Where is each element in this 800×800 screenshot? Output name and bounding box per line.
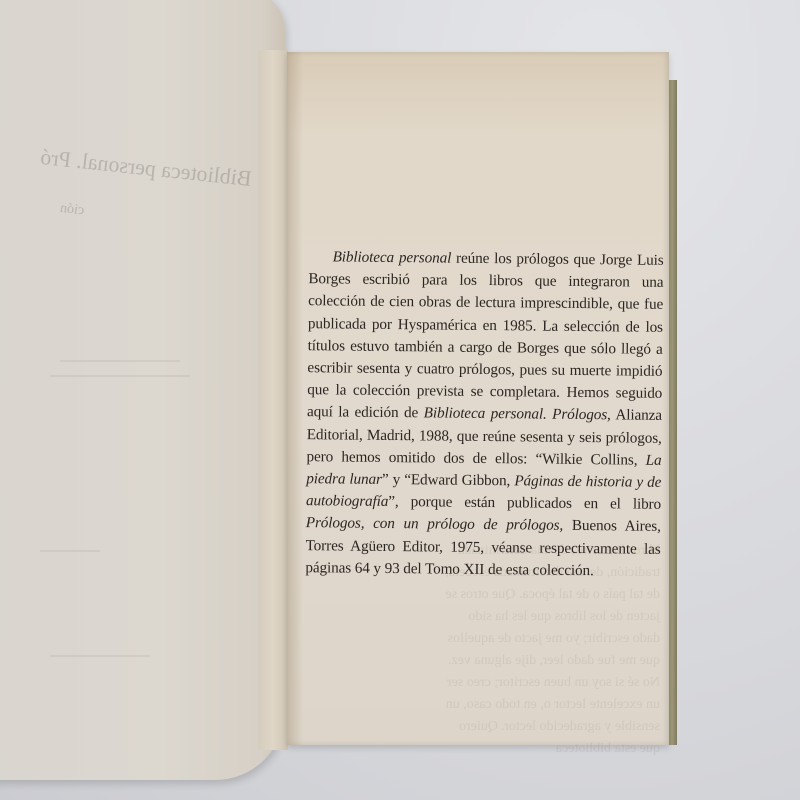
- text-italic: Biblioteca personal. Prólogos,: [424, 405, 611, 424]
- left-page: Biblioteca personal. Pró ción: [0, 0, 285, 780]
- body-paragraph: Biblioteca personal reúne los prólogos q…: [305, 246, 663, 583]
- left-page-edge: [258, 50, 288, 750]
- text-run: reúne los prólogos que Jorge Luis Borges…: [307, 250, 664, 422]
- ghost-subtitle-text: ción: [59, 201, 85, 219]
- text-run: ” y “Edward Gibbon,: [382, 471, 515, 489]
- ghost-line: [50, 655, 150, 657]
- text-run: ”, porque están publicados en el libro: [388, 493, 661, 513]
- book-gutter: [287, 52, 303, 745]
- text-italic: Prólogos, con un prólogo de prólogos,: [306, 515, 563, 535]
- ghost-line: [40, 550, 100, 552]
- ghost-title-text: Biblioteca personal. Pró: [39, 144, 253, 192]
- page-body-text: Biblioteca personal reúne los prólogos q…: [305, 246, 663, 583]
- ghost-line: [60, 360, 180, 362]
- ghost-line: [50, 375, 190, 377]
- text-italic: Biblioteca personal: [333, 248, 452, 266]
